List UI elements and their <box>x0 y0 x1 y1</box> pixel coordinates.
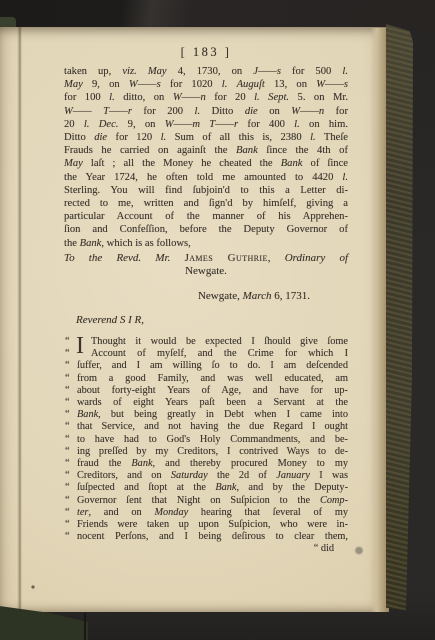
italic-text: May <box>64 79 83 90</box>
letter-body: “Thought it would be expected I ſhould g… <box>64 336 348 543</box>
text-segment: for 400 <box>238 119 294 130</box>
italic-text: To the Revd. Mr. <box>64 252 185 264</box>
text-segment: Ditto <box>200 106 245 117</box>
italic-text: l. <box>342 66 348 77</box>
text-segment: 20 <box>64 119 84 130</box>
quote-mark: “ <box>65 507 70 519</box>
text-segment: , and by the Deputy- <box>236 482 348 493</box>
italic-text: die <box>94 132 107 143</box>
text-segment: particular Account of the manner of his … <box>64 211 348 222</box>
italic-text: J——s <box>253 66 281 77</box>
italic-text: Bank <box>80 238 102 249</box>
text-segment: ſion and Confeſſion, before the Deputy G… <box>64 224 348 235</box>
italic-text: Sept. <box>268 92 289 103</box>
quote-mark: “ <box>65 336 70 348</box>
text-segment: ſuſpected and ſtopt at the <box>77 482 215 493</box>
quote-mark: “ <box>65 446 70 458</box>
text-segment: 5. on Mr. <box>289 92 348 103</box>
text-segment: 6, 1731. <box>272 290 311 302</box>
italic-text: Dec. <box>99 119 119 130</box>
italic-text: l. <box>254 92 260 103</box>
book-cover-right-edge <box>386 24 413 616</box>
text-segment: ditto, on <box>115 92 173 103</box>
text-segment: , and on <box>88 507 154 518</box>
text-line: particular Account of the manner of his … <box>64 210 348 223</box>
quote-mark: “ <box>65 409 70 421</box>
page-gutter-crease <box>17 27 22 612</box>
letter-line: “ter, and on Monday hearing that ſeveral… <box>64 507 348 519</box>
text-line: the Year 1724, he often told me amounted… <box>64 171 348 184</box>
quote-mark: “ <box>65 519 70 531</box>
italic-text: ter <box>77 507 88 518</box>
text-segment: Newgate, <box>198 290 243 302</box>
text-segment <box>227 79 236 90</box>
italic-text: W——m T——r <box>165 119 238 130</box>
text-segment: on him. <box>300 119 348 130</box>
text-segment: for 100 <box>64 92 109 103</box>
italic-text: W——n <box>173 92 206 103</box>
text-segment: rected to me, written and ſign'd by himſ… <box>64 198 348 209</box>
text-line: Ditto die for 120 l. Sum of all this is,… <box>64 131 348 144</box>
text-segment: , <box>268 252 285 264</box>
quote-mark: “ <box>65 397 70 409</box>
italic-text: May <box>64 158 83 169</box>
text-segment: Frauds he carried on againſt the <box>64 145 236 156</box>
text-segment: 13, on <box>265 79 316 90</box>
italic-text: Bank <box>236 145 258 156</box>
text-segment: for 200 <box>132 106 195 117</box>
book-cover-top-edge <box>0 0 435 28</box>
text-segment: on <box>258 106 291 117</box>
italic-text: Bank <box>131 458 152 469</box>
italic-text: January <box>276 470 310 481</box>
text-line: the Bank, which is as follows, <box>64 237 348 250</box>
italic-text: Monday <box>154 507 188 518</box>
binding-seam <box>84 613 86 640</box>
letter-line: “fraud the Bank, and thereby procured Mo… <box>64 458 348 470</box>
italic-text: W—— T——r <box>64 106 132 117</box>
text-segment: 9, on <box>83 79 129 90</box>
text-segment: about forty-eight Years of Age, and have… <box>77 385 348 396</box>
text-segment: I was <box>310 470 348 481</box>
italic-text: May <box>148 66 167 77</box>
salutation: Reverend S I R, <box>76 314 144 326</box>
italic-text: viz. <box>122 66 147 77</box>
text-segment: from a good Family, and was well educate… <box>77 373 348 384</box>
quote-mark: “ <box>65 421 70 433</box>
text-segment: Account of myſelf, and the Crime for whi… <box>91 348 348 359</box>
address-heading-line-1: To the Revd. Mr. James Guthrie, Ordinary… <box>64 252 348 265</box>
text-segment: the 2d of <box>208 470 277 481</box>
text-segment: Friends were taken up upon Suſpicion, wh… <box>77 519 348 530</box>
quote-mark: “ <box>65 434 70 446</box>
text-line: Frauds he carried on againſt the Bank ſi… <box>64 144 348 157</box>
italic-text: W——s <box>129 79 161 90</box>
letter-line: “that Service, and not having the due Re… <box>64 421 348 433</box>
italic-text: Bank <box>77 409 98 420</box>
letter-line: “from a good Family, and was well educat… <box>64 373 348 385</box>
quote-mark: “ <box>65 373 70 385</box>
text-segment: 9, on <box>118 119 164 130</box>
text-segment: Creditors, and on <box>77 470 171 481</box>
text-segment: wards of eight Years paſt been a Servant… <box>77 397 348 408</box>
text-segment: hearing that ſeveral of my <box>188 507 348 518</box>
text-segment: of ſince <box>302 158 348 169</box>
text-segment: Ditto <box>64 132 94 143</box>
text-segment: Sterling. You will find ſubjoin'd to thi… <box>64 185 348 196</box>
quote-mark: “ <box>65 360 70 372</box>
date-line: Newgate, March 6, 1731. <box>64 290 348 302</box>
quote-mark: “ <box>65 470 70 482</box>
text-segment: for 120 <box>107 132 160 143</box>
text-line: for 100 l. ditto, on W——n for 20 l. Sept… <box>64 91 348 104</box>
text-segment: Thought it would be expected I ſhould gi… <box>91 336 348 347</box>
text-segment <box>89 119 98 130</box>
address-heading-line-2: Newgate. <box>64 265 348 277</box>
italic-text: Bank <box>281 158 303 169</box>
letter-line: “Creditors, and on Saturday the 2d of Ja… <box>64 470 348 482</box>
text-segment: Theſe <box>316 132 348 143</box>
text-line: ſion and Confeſſion, before the Deputy G… <box>64 223 348 236</box>
text-segment: 4, 1730, on <box>167 66 254 77</box>
text-segment <box>260 92 268 103</box>
letter-line: “Governor ſent that Night on Suſpicion t… <box>64 495 348 507</box>
italic-text: Saturday <box>171 470 208 481</box>
quote-mark: “ <box>65 458 70 470</box>
quote-mark: “ <box>65 482 70 494</box>
text-segment: , and thereby procured Money to my <box>153 458 348 469</box>
italic-text: March <box>243 290 272 302</box>
text-line: taken up, viz. May 4, 1730, on J——s for … <box>64 65 348 78</box>
text-line: 20 l. Dec. 9, on W——m T——r for 400 l. on… <box>64 118 348 131</box>
text-line: Sterling. You will find ſubjoin'd to thi… <box>64 184 348 197</box>
italic-text: die <box>245 106 258 117</box>
text-segment: to have had to God's Holy Commandments, … <box>77 434 348 445</box>
intro-paragraph: taken up, viz. May 4, 1730, on J——s for … <box>64 65 348 250</box>
letter-line: “ing preſſed by my Creditors, I contrive… <box>64 446 348 458</box>
text-segment: ſuffer, and I am willing ſo to do. I am … <box>77 360 348 371</box>
letter-line: “wards of eight Years paſt been a Servan… <box>64 397 348 409</box>
text-segment: ing preſſed by my Creditors, I contrived… <box>77 446 348 457</box>
letter-line: “Bank, but being greatly in Debt when I … <box>64 409 348 421</box>
book-scan: [ 183 ] taken up, viz. May 4, 1730, on J… <box>0 0 435 640</box>
paper-blemish <box>354 546 364 555</box>
letter-line: “to have had to God's Holy Commandments,… <box>64 434 348 446</box>
text-segment: for <box>324 106 348 117</box>
letter-line: “Friends were taken up upon Suſpicion, w… <box>64 519 348 531</box>
catchword: “ did <box>64 543 348 554</box>
text-segment: Sum of all this is, 2380 <box>166 132 310 143</box>
quote-mark: “ <box>65 531 70 543</box>
italic-text: Bank <box>215 482 236 493</box>
paper-speck <box>31 585 35 589</box>
italic-text: Comp- <box>320 495 348 506</box>
letter-line: “Account of myſelf, and the Crime for wh… <box>64 348 348 360</box>
text-segment: Newgate. <box>185 265 227 277</box>
letter-line: “nocent Perſons, and I being deſirous to… <box>64 531 348 543</box>
text-segment: the Year 1724, he often told me amounted… <box>64 172 342 183</box>
text-segment: ſince the 4th of <box>258 145 348 156</box>
italic-text: Ordinary of <box>285 252 348 264</box>
text-segment: taken up, <box>64 66 122 77</box>
italic-text: l. <box>342 172 348 183</box>
letter-line: “about forty-eight Years of Age, and hav… <box>64 385 348 397</box>
text-segment: for 20 <box>206 92 254 103</box>
letter-line: “Thought it would be expected I ſhould g… <box>64 336 348 348</box>
small-caps-text: James Guthrie <box>185 252 268 264</box>
text-segment: for 1020 <box>161 79 222 90</box>
text-segment: that Service, and not having the due Reg… <box>77 421 348 432</box>
text-line: May laſt ; all the Money he cheated the … <box>64 157 348 170</box>
text-segment: fraud the <box>77 458 131 469</box>
quote-mark: “ <box>65 348 70 360</box>
text-segment: nocent Perſons, and I being deſirous to … <box>77 531 348 542</box>
letter-line: “ſuſpected and ſtopt at the Bank, and by… <box>64 482 348 494</box>
text-segment: Governor ſent that Night on Suſpicion to… <box>77 495 320 506</box>
page-number: [ 183 ] <box>64 45 348 60</box>
text-segment: , which is as follows, <box>101 238 190 249</box>
text-line: rected to me, written and ſign'd by himſ… <box>64 197 348 210</box>
italic-text: W——n <box>291 106 324 117</box>
text-segment: laſt ; all the Money he cheated the <box>83 158 281 169</box>
italic-text: W——s <box>316 79 348 90</box>
text-segment: the <box>64 238 80 249</box>
italic-text: Reverend S I R, <box>76 314 144 326</box>
text-segment: for 500 <box>281 66 342 77</box>
text-line: May 9, on W——s for 1020 l. Auguſt 13, on… <box>64 78 348 91</box>
letter-line: “ſuffer, and I am willing ſo to do. I am… <box>64 360 348 372</box>
quote-mark: “ <box>65 385 70 397</box>
italic-text: Auguſt <box>237 79 265 90</box>
text-line: W—— T——r for 200 l. Ditto die on W——n fo… <box>64 105 348 118</box>
text-segment: , but being greatly in Debt when I came … <box>98 409 348 420</box>
quote-mark: “ <box>65 495 70 507</box>
